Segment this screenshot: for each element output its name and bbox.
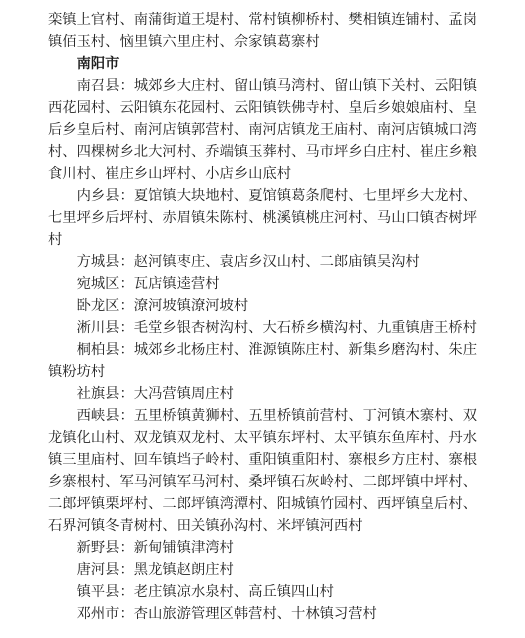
county-name: 唐河县 [77,562,120,578]
county-list: 南召县：城郊乡大庄村、留山镇马湾村、留山镇下关村、云阳镇西花园村、云阳镇东花园村… [48,75,477,625]
colon-separator: ： [119,540,133,556]
county-name: 淅川县 [77,320,120,336]
county-paragraph: 内乡县：夏馆镇大块地村、夏馆镇葛条爬村、七里坪乡大龙村、七里坪乡后坪村、赤眉镇朱… [48,185,477,251]
county-paragraph: 南召县：城郊乡大庄村、留山镇马湾村、留山镇下关村、云阳镇西花园村、云阳镇东花园村… [48,75,477,185]
colon-separator: ： [120,342,134,358]
county-paragraph: 方城县：赵河镇枣庄、袁店乡汉山村、二郎庙镇吴沟村 [48,251,477,273]
village-list: 老庄镇凉水泉村、高丘镇四山村 [134,584,334,600]
colon-separator: ： [120,408,134,424]
colon-separator: ： [119,320,133,336]
colon-separator: ： [119,584,133,600]
county-name: 西峡县 [77,408,120,424]
colon-separator: ： [119,276,133,292]
village-list: 新甸铺镇津湾村 [134,540,234,556]
county-name: 桐柏县 [77,342,120,358]
colon-separator: ： [120,188,134,204]
village-list: 潦河坡镇潦河坡村 [134,298,248,314]
county-name: 宛城区 [77,276,120,292]
county-name: 南召县 [77,78,120,94]
county-paragraph: 卧龙区：潦河坡镇潦河坡村 [48,295,477,317]
county-name: 内乡县 [77,188,120,204]
village-list: 大冯营镇周庄村 [134,386,234,402]
county-paragraph: 新野县：新甸铺镇津湾村 [48,537,477,559]
colon-separator: ： [119,386,133,402]
village-list: 杏山旅游管理区韩营村、十林镇习营村 [134,606,377,622]
city-heading: 南阳市 [48,53,477,75]
village-list: 黑龙镇赵朗庄村 [134,562,234,578]
county-paragraph: 淅川县：毛堂乡银杏树沟村、大石桥乡横沟村、九重镇唐王桥村 [48,317,477,339]
county-name: 卧龙区 [77,298,120,314]
colon-separator: ： [119,562,133,578]
continuation-paragraph: 栾镇上官村、南蒲街道王堤村、常村镇柳桥村、樊相镇连铺村、孟岗镇佰玉村、恼里镇六里… [48,9,477,53]
village-list: 毛堂乡银杏树沟村、大石桥乡横沟村、九重镇唐王桥村 [134,320,477,336]
document-page: 栾镇上官村、南蒲街道王堤村、常村镇柳桥村、樊相镇连铺村、孟岗镇佰玉村、恼里镇六里… [0,0,525,638]
colon-separator: ： [119,298,133,314]
colon-separator: ： [120,78,134,94]
county-paragraph: 邓州市：杏山旅游管理区韩营村、十林镇习营村 [48,603,477,625]
county-paragraph: 镇平县：老庄镇凉水泉村、高丘镇四山村 [48,581,477,603]
colon-separator: ： [119,254,133,270]
county-name: 镇平县 [77,584,120,600]
county-paragraph: 社旗县：大冯营镇周庄村 [48,383,477,405]
village-list: 五里桥镇黄狮村、五里桥镇前营村、丁河镇木寨村、双龙镇化山村、双龙镇双龙村、太平镇… [48,408,477,534]
county-name: 社旗县 [77,386,120,402]
county-paragraph: 唐河县：黑龙镇赵朗庄村 [48,559,477,581]
county-name: 新野县 [77,540,120,556]
county-name: 方城县 [77,254,120,270]
county-paragraph: 西峡县：五里桥镇黄狮村、五里桥镇前营村、丁河镇木寨村、双龙镇化山村、双龙镇双龙村… [48,405,477,537]
city-name: 南阳市 [77,56,120,72]
county-paragraph: 桐柏县：城郊乡北杨庄村、淮源镇陈庄村、新集乡磨沟村、朱庄镇粉坊村 [48,339,477,383]
village-list: 赵河镇枣庄、袁店乡汉山村、二郎庙镇吴沟村 [134,254,420,270]
county-paragraph: 宛城区：瓦店镇逵营村 [48,273,477,295]
county-name: 邓州市 [77,606,120,622]
colon-separator: ： [119,606,133,622]
village-list: 瓦店镇逵营村 [134,276,220,292]
